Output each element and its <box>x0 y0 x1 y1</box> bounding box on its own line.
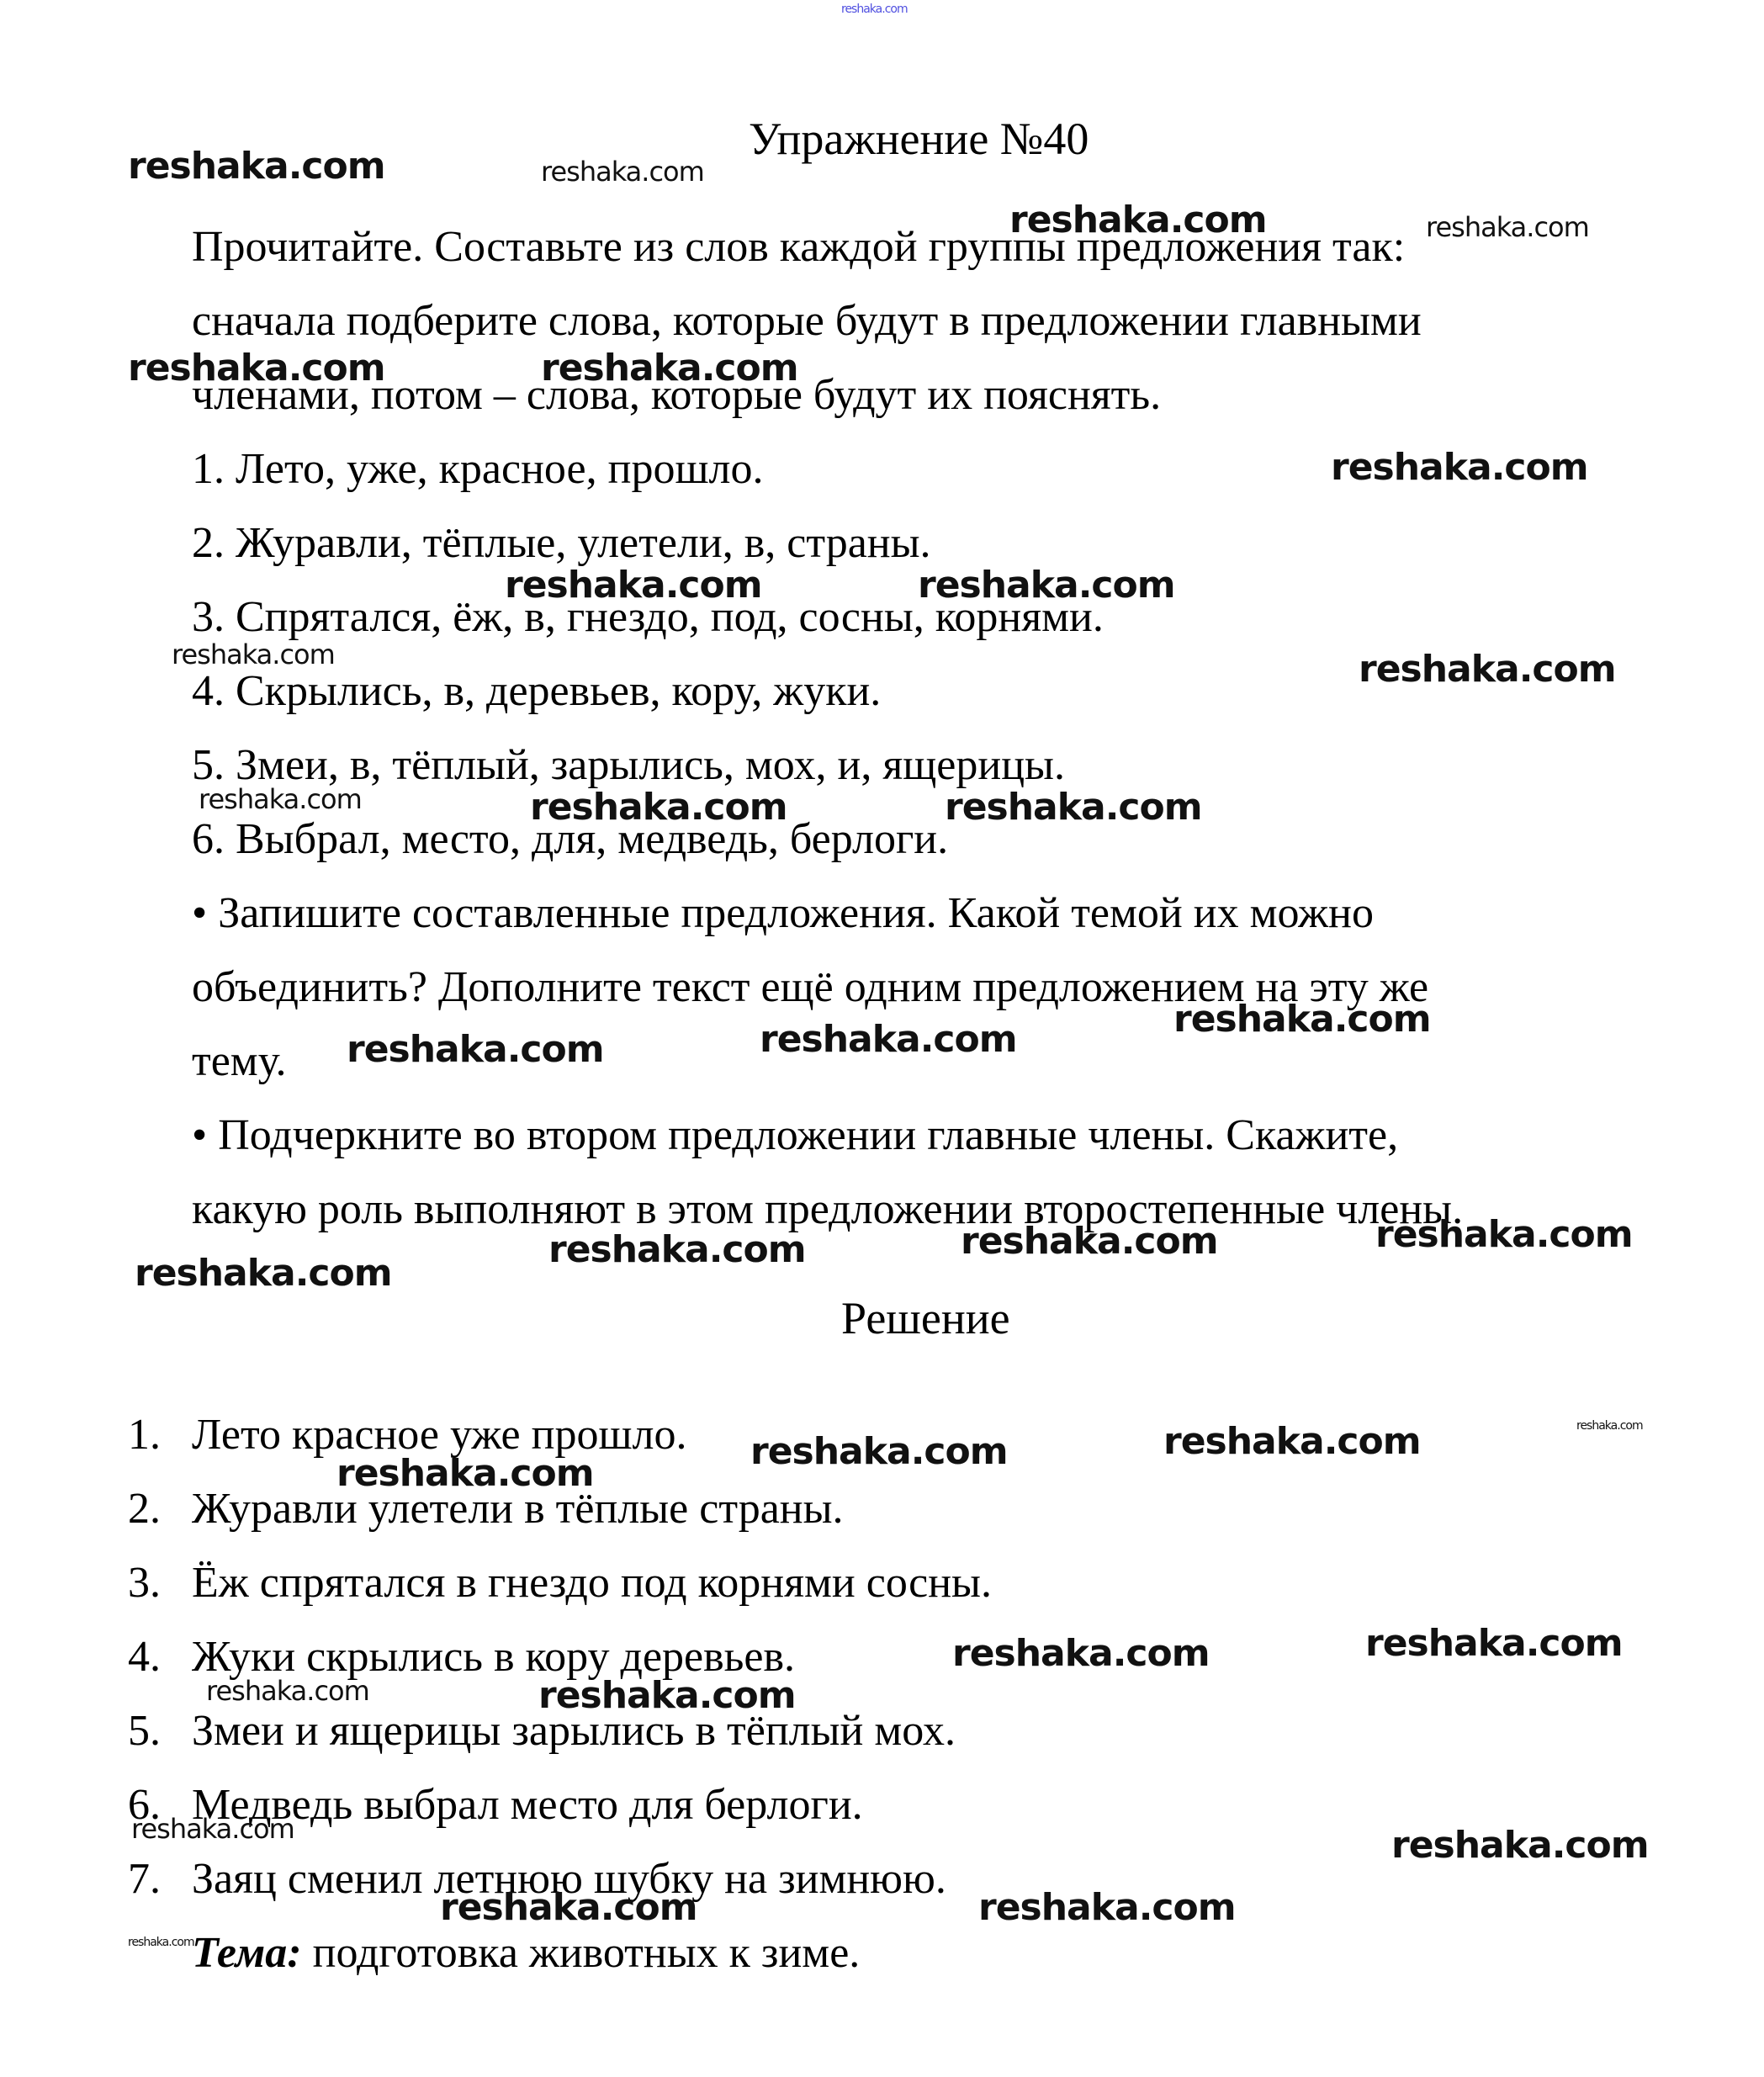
watermark: reshaka.com <box>750 1433 1008 1470</box>
watermark: reshaka.com <box>1359 651 1616 688</box>
task-line: сначала подберите слова, которые будут в… <box>192 299 1422 343</box>
instruction-line: какую роль выполняют в этом предложении … <box>192 1188 1463 1232</box>
theme-label: Тема: <box>192 1929 302 1977</box>
watermark: reshaka.com <box>128 148 385 185</box>
watermark: reshaka.com <box>1391 1827 1649 1864</box>
watermark: reshaka.com <box>548 1232 806 1269</box>
watermark: reshaka.com <box>530 789 787 826</box>
watermark: reshaka.com <box>199 786 362 813</box>
item-number: 5. <box>128 1709 161 1753</box>
watermark: reshaka.com <box>347 1031 604 1068</box>
word-group: 5. Змеи, в, тёплый, зарылись, мох, и, ящ… <box>192 744 1065 787</box>
watermark: reshaka.com <box>1375 1216 1633 1253</box>
watermark: reshaka.com <box>1331 449 1588 486</box>
watermark: reshaka.com <box>1163 1423 1421 1460</box>
watermark: reshaka.com <box>128 350 385 387</box>
watermark: reshaka.com <box>918 567 1175 604</box>
word-group: 2. Журавли, тёплые, улетели, в, страны. <box>192 522 931 565</box>
watermark: reshaka.com <box>440 1889 697 1926</box>
watermark: reshaka.com <box>541 350 798 387</box>
solution-item: Жуки скрылись в кору деревьев. <box>192 1635 795 1679</box>
watermark: reshaka.com <box>1365 1625 1623 1662</box>
theme-line: Тема: подготовка животных к зиме. <box>192 1931 860 1975</box>
watermark: reshaka.com <box>336 1455 594 1492</box>
watermark: reshaka.com <box>961 1223 1218 1260</box>
watermark: reshaka.com <box>206 1677 369 1704</box>
watermark: reshaka.com <box>945 789 1202 826</box>
watermark: reshaka.com <box>952 1635 1210 1672</box>
item-number: 3. <box>128 1561 161 1605</box>
watermark: reshaka.com <box>1009 202 1267 239</box>
instruction-line: тему. <box>192 1040 287 1084</box>
watermark: reshaka.com <box>760 1021 1017 1058</box>
item-number: 2. <box>128 1487 161 1531</box>
watermark: reshaka.com <box>978 1889 1236 1926</box>
watermark: reshaka.com <box>1576 1420 1643 1432</box>
instruction-line: • Запишите составленные предложения. Как… <box>192 892 1374 935</box>
watermark: reshaka.com <box>538 1677 796 1714</box>
watermark: reshaka.com <box>541 158 704 185</box>
watermark: reshaka.com <box>128 1937 194 1948</box>
page-title: Упражнение №40 <box>749 116 1089 162</box>
watermark: reshaka.com <box>1426 214 1589 241</box>
item-number: 4. <box>128 1635 161 1679</box>
word-group: 4. Скрылись, в, деревьев, кору, жуки. <box>192 670 881 713</box>
header-watermark: reshaka.com <box>841 3 908 15</box>
solution-item: Ёж спрятался в гнездо под корнями сосны. <box>192 1561 992 1605</box>
watermark: reshaka.com <box>1173 1001 1431 1038</box>
word-group: 1. Лето, уже, красное, прошло. <box>192 448 763 491</box>
watermark: reshaka.com <box>135 1255 392 1292</box>
theme-text: подготовка животных к зиме. <box>302 1929 861 1977</box>
item-number: 7. <box>128 1857 161 1901</box>
solution-item: Лето красное уже прошло. <box>192 1413 686 1457</box>
watermark: reshaka.com <box>131 1815 294 1842</box>
watermark: reshaka.com <box>172 641 335 668</box>
solution-heading: Решение <box>841 1295 1010 1341</box>
watermark: reshaka.com <box>505 567 762 604</box>
item-number: 1. <box>128 1413 161 1457</box>
instruction-line: • Подчеркните во втором предложении глав… <box>192 1114 1398 1158</box>
